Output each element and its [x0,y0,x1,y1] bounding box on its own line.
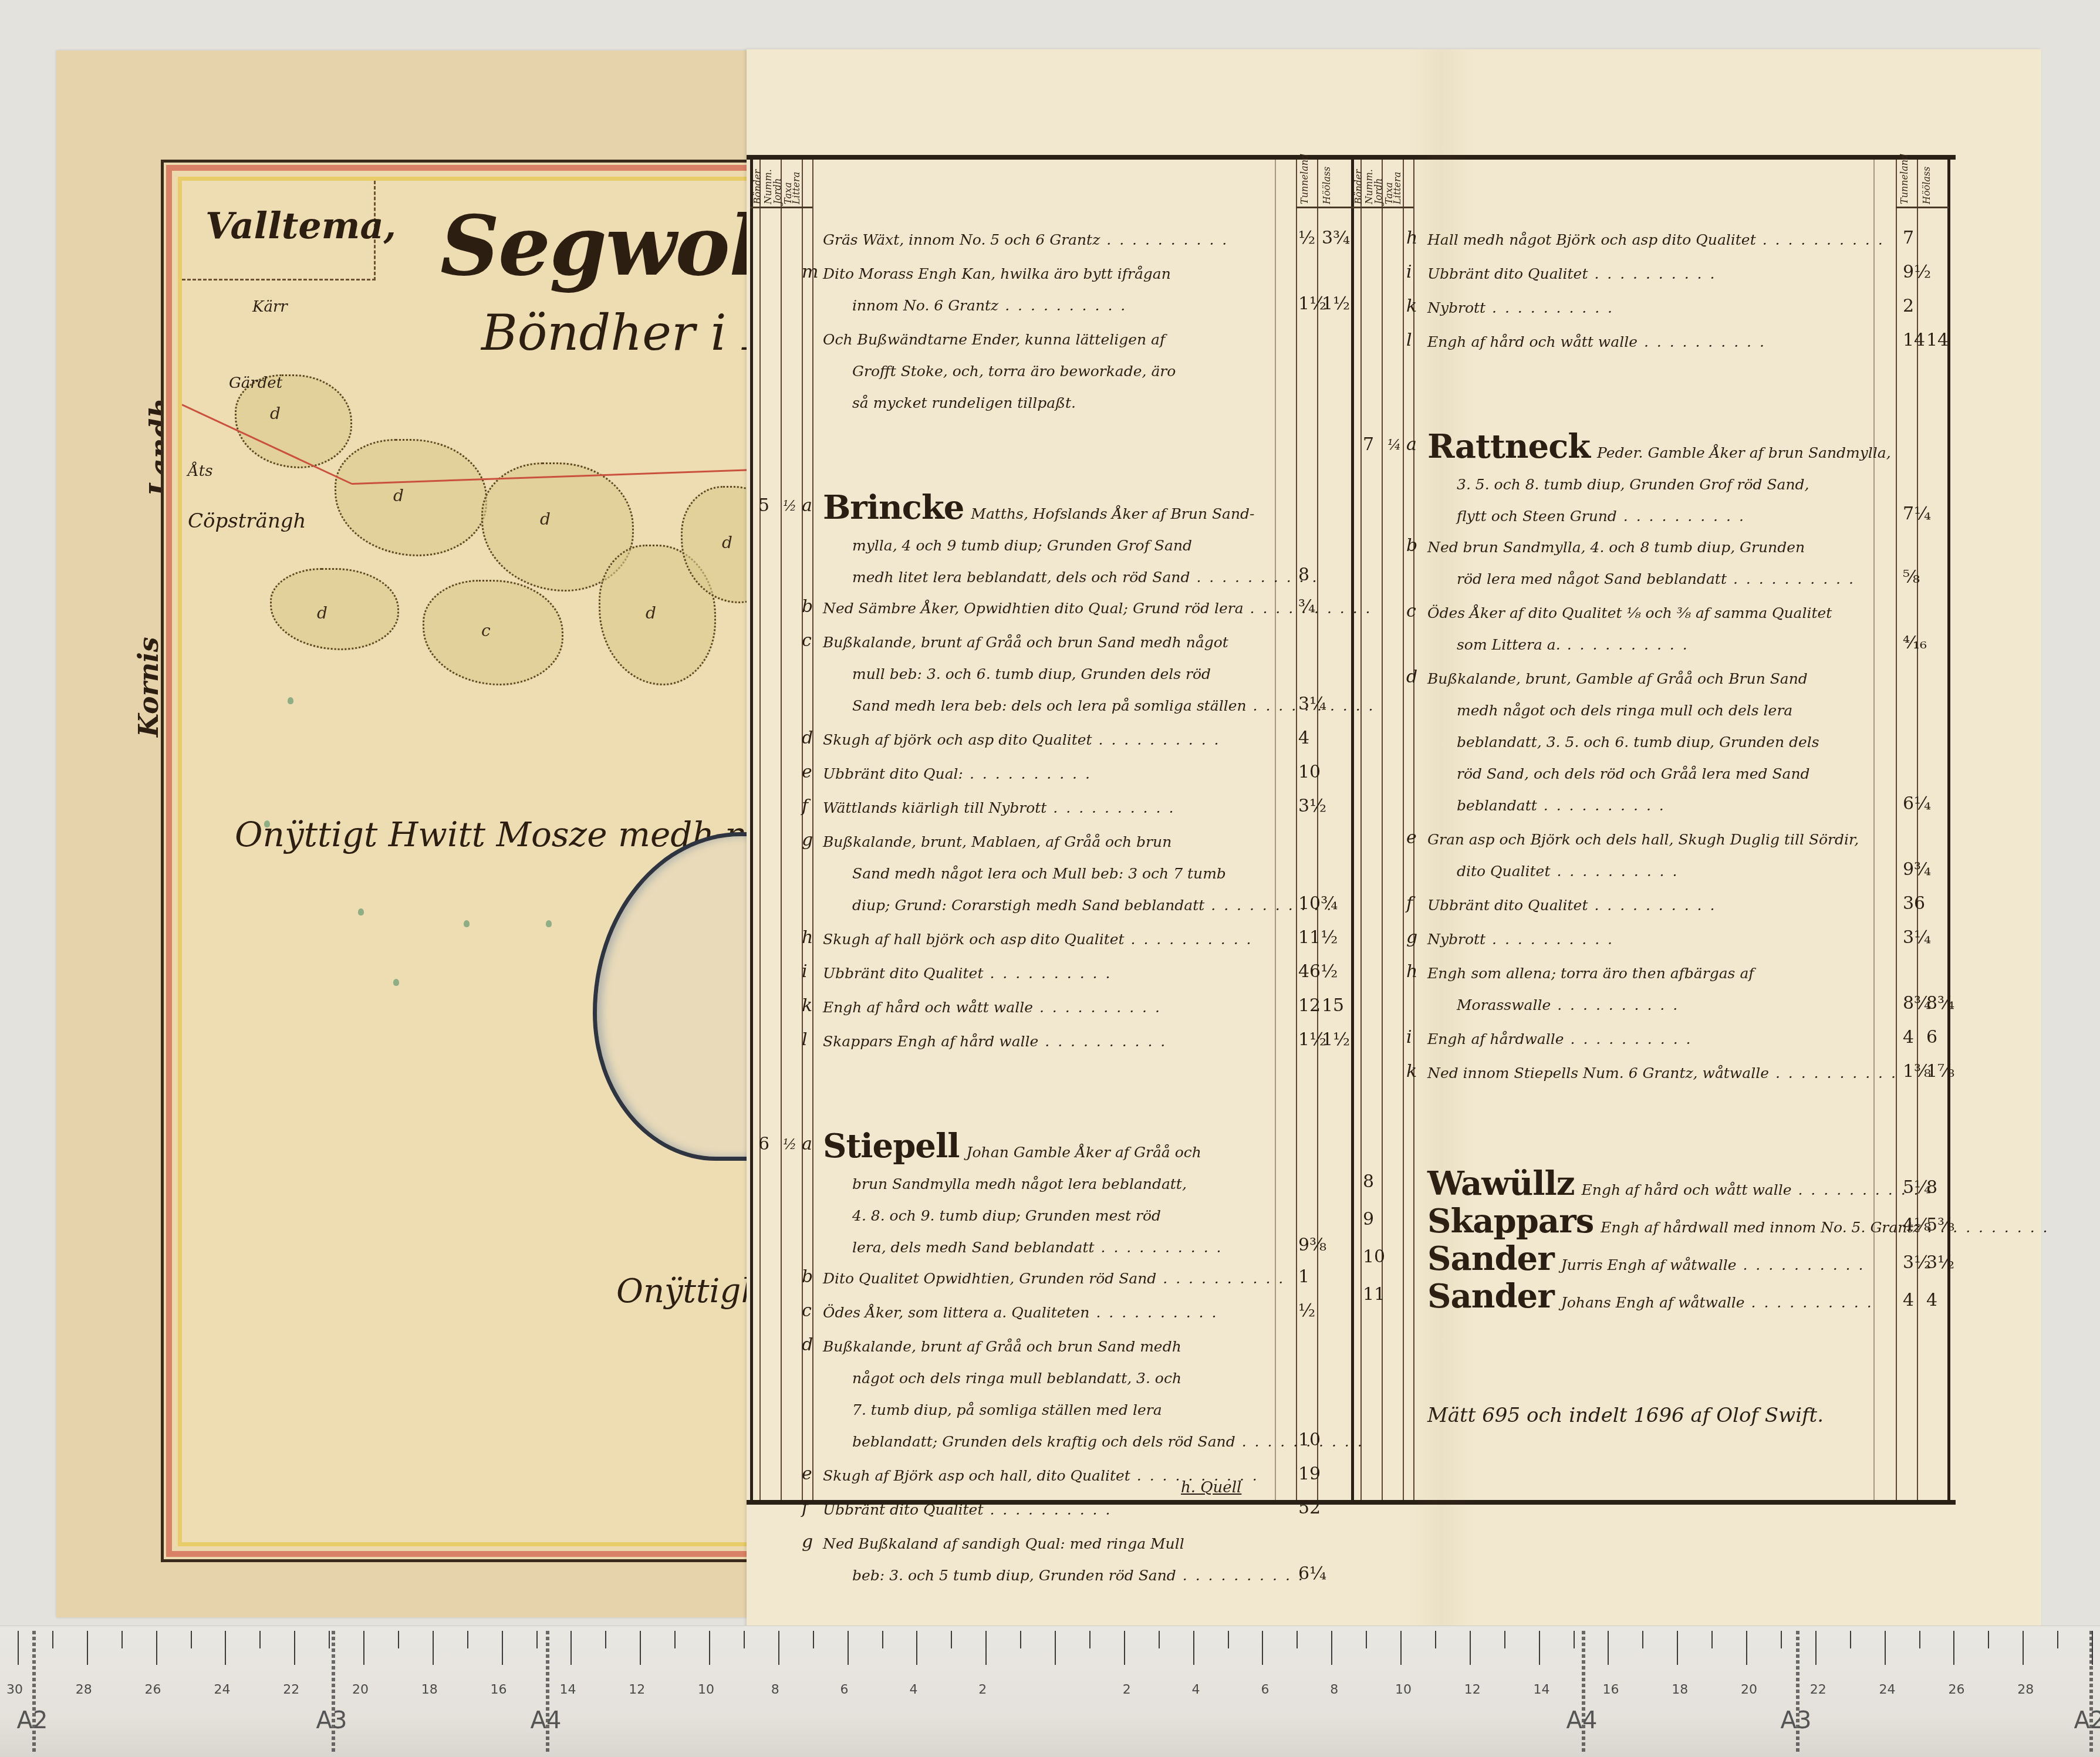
littera-letter: b [802,1266,813,1287]
tunneland-value: 52 [1298,1498,1321,1518]
description-line: StiepellJohan Gamble Åker af Gråå och [823,1130,1223,1168]
tunneland-value: 9¾ [1903,859,1931,880]
ledger-table: Bönder Numm. Jordh Taxa Littera Tunnelan… [747,155,1956,1505]
description-line: WawüllzEngh af hård och wått walle [1427,1168,1920,1206]
description-line: beb: 3. och 5 tumb diup, Grunden röd San… [823,1560,1305,1592]
description-line: Dito Qualitet Opwidhtien, Grunden röd Sa… [823,1263,1285,1295]
description-line: Bußkalande, brunt, Gamble af Gråå och Br… [1427,663,1819,695]
entry-description: Ubbränt dito Qualitet [823,958,1112,989]
ruler-label: 28 [2017,1682,2034,1697]
description-line: medh litet lera beblandatt, dels och röd… [823,562,1318,593]
ruler-label: 12 [629,1682,645,1697]
entry-description: Engh af hård och wått walle [823,992,1162,1023]
paper-size-label: A3 [1781,1707,1812,1734]
ruler-tick [259,1631,261,1648]
description-line: Gräs Wäxt, innom No. 5 och 6 Grantz [823,224,1228,256]
description-line: flytt och Steen Grund [1427,501,1891,532]
ruler-label: 4 [909,1682,917,1697]
ruler-tick [536,1631,538,1648]
ruler-label: 10 [1395,1682,1412,1697]
tunneland-value: 12 [1298,995,1321,1016]
col-header-jordh-taxa-2: Jordh Taxa [1373,163,1394,204]
description-line: Bußkalande, brunt af Gråå och brun Sand … [823,1331,1364,1363]
littera-letter: h [1406,961,1417,982]
ruler-tick [1435,1631,1436,1648]
littera-letter: k [1406,296,1417,316]
farm-number: 10 [1363,1246,1385,1267]
littera-letter: d [802,1334,813,1355]
col-header-bonder-num: Bönder Numm. [752,163,773,204]
ruler-tick [1262,1631,1263,1665]
ruler-label: 18 [421,1682,438,1697]
ruler-label: 22 [1810,1682,1826,1697]
ruler-tick [363,1631,364,1665]
description-line: Och Bußwändtarne Ender, kunna lätteligen… [823,324,1176,356]
littera-letter: c [1406,601,1416,621]
description-line: Nybrott [1427,924,1614,955]
entry-description: SkapparsEngh af hårdwall med innom No. 5… [1427,1205,2049,1244]
map-field-letter: d [270,404,281,423]
ruler-tick [18,1631,19,1665]
paper-size-label: A2 [17,1707,48,1734]
description-line: Skugh af hall björk och asp dito Qualite… [823,924,1252,955]
paper-size-marker [2089,1631,2093,1754]
map-side-label-kornis: Kornis [133,637,164,737]
ruler-label: 14 [1534,1682,1550,1697]
ruler-label: 20 [1741,1682,1757,1697]
ruler-tick [1297,1631,1298,1648]
ruler-tick [1124,1631,1125,1665]
ruler-tick [985,1631,987,1665]
ruler-tick [1366,1631,1367,1648]
tax-fraction: ¼ [1387,437,1401,453]
farm-name: Sander [1427,1239,1554,1278]
tunneland-value: 6¼ [1903,793,1931,814]
description-line: något och dels ringa mull beblandatt, 3.… [823,1363,1364,1394]
ruler-tick [1608,1631,1609,1665]
entry-description: Nybrott [1427,292,1614,324]
description-line: Grofft Stoke, och, torra äro beworkade, … [823,356,1176,387]
ruler-tick [1020,1631,1021,1648]
description-line: Ödes Åker, som littera a. Qualiteten [823,1297,1218,1329]
farm-number: 11 [1363,1284,1385,1305]
ruler-tick [156,1631,157,1665]
farm-name: Sander [1427,1277,1554,1316]
paper-size-marker [546,1631,549,1754]
ruler-tick [916,1631,917,1665]
description-line: RattneckPeder. Gamble Åker af brun Sandm… [1427,431,1891,469]
littera-letter: l [802,1029,808,1050]
littera-letter: e [1406,827,1417,848]
tunneland-value: 4 [1298,728,1309,748]
ruler-label: 20 [352,1682,369,1697]
description-line: Ubbränt dito Qualitet [1427,258,1716,290]
description-line: lera, dels medh Sand beblandatt [823,1232,1223,1263]
tax-fraction: ½ [783,498,796,514]
farm-number: 7 [1363,434,1374,455]
ruler-tick [1850,1631,1851,1648]
ruler-tick [433,1631,434,1665]
entry-description: Ubbränt dito Qualitet [1427,258,1716,290]
littera-letter: f [1406,893,1413,914]
entry-description: Bußkalande, brunt, Mablaen, af Gråå och … [823,826,1333,921]
tree-icon [288,697,293,704]
ruler-tick [1677,1631,1678,1665]
description-line: dito Qualitet [1427,856,1859,887]
description-line: så mycket rundeligen tillpaßt. [823,387,1176,419]
map-field-letter: d [317,603,328,623]
entry-description: SanderJohans Engh af wåtwalle [1427,1280,1873,1319]
tunneland-value: 7 [1903,228,1914,248]
littera-letter: b [1406,535,1417,556]
map-field-letter: d [393,486,404,505]
description-line: mull beb: 3. och 6. tumb diup, Grunden d… [823,658,1375,690]
ruler-tick [467,1631,468,1648]
hoolass-value: 8 [1926,1177,1937,1198]
ruler-tick [1159,1631,1160,1648]
tree-icon [264,820,270,827]
ledger-sheet: Bönder Numm. Jordh Taxa Littera Tunnelan… [747,49,2041,1634]
ledger-rule [1873,160,1875,1500]
ruler-tick [744,1631,745,1648]
tunneland-value: 4 [1903,1027,1914,1048]
entry-description: Nybrott [1427,924,1614,955]
description-line: Engh af hårdwalle [1427,1023,1693,1055]
map-field-cluster: d d d c d d d [200,275,786,721]
ruler-tick [1331,1631,1332,1665]
description-line: Dito Morass Engh Kan, hwilka äro bytt if… [823,258,1171,290]
map-field-letter: c [481,621,491,640]
ruler-tick [1885,1631,1886,1665]
map-field-label: Cöpsträngh [188,509,306,533]
description-line: BrinckeMatths, Hofslands Åker af Brun Sa… [823,492,1318,530]
tunneland-value: 4 [1903,1290,1914,1310]
col-header-littera-2: Littera [1392,163,1403,204]
littera-letter: e [802,1464,812,1484]
map-field-letter: d [646,603,656,623]
tunneland-value: 1 [1298,1266,1309,1287]
description-line: Ubbränt dito Qualitet [823,958,1112,989]
entry-description: Bußkalande, brunt, Gamble af Gråå och Br… [1427,663,1819,822]
ruler-tick [294,1631,295,1665]
littera-letter: g [802,830,813,850]
entry-description: BrinckeMatths, Hofslands Åker af Brun Sa… [823,492,1318,593]
entry-description: StiepellJohan Gamble Åker af Gråå ochbru… [823,1130,1223,1263]
description-line: beblandatt, 3. 5. och 6. tumb diup, Grun… [1427,727,1819,758]
hoolass-value: 1⅞ [1926,1061,1954,1082]
ruler-tick [1988,1631,1989,1648]
paper-size-marker [1582,1631,1585,1754]
tunneland-value: ⅝ [1903,567,1920,587]
ruler-label: 10 [698,1682,714,1697]
entry-description: Ned innom Stiepells Num. 6 Grantz, wåtwa… [1427,1057,1898,1089]
description-line: Skappars Engh af hård walle [823,1026,1167,1057]
littera-letter: i [802,961,808,982]
entry-description: Hall medh något Björk och asp dito Quali… [1427,224,1885,256]
ruler-tick [1642,1631,1643,1648]
ruler-label: 8 [1330,1682,1338,1697]
tunneland-value: 10¾ [1298,893,1338,914]
ruler-tick [1815,1631,1817,1665]
left-footer-mark: h. Quell [1181,1479,1241,1496]
ruler-tick [1711,1631,1713,1648]
description-line: Ubbränt dito Qual: [823,758,1092,790]
ruler-label: 26 [145,1682,161,1697]
ruler-label: 28 [76,1682,92,1697]
entry-description: Bußkalande, brunt af Gråå och brun Sand … [823,627,1375,722]
littera-letter: d [1406,667,1417,687]
ruler-tick [1919,1631,1920,1648]
tax-fraction: ½ [783,1136,796,1153]
entry-description: Dito Qualitet Opwidhtien, Grunden röd Sa… [823,1263,1285,1295]
hoolass-value: 1½ [1322,293,1350,314]
entry-description: SanderJurris Engh af wåtwalle [1427,1243,1865,1281]
ruler-label: 12 [1464,1682,1481,1697]
littera-letter: a [802,495,812,516]
littera-letter: a [802,1134,812,1154]
map-field-label: Åts [188,462,213,480]
ruler-tick [2057,1631,2058,1648]
farm-name: Skappars [1427,1202,1593,1241]
entry-description: Och Bußwändtarne Ender, kunna lätteligen… [823,324,1176,419]
description-line: Morasswalle [1427,989,1754,1021]
littera-letter: i [1406,262,1412,282]
ledger-header-rule [1896,207,1949,208]
ruler-tick [1193,1631,1194,1665]
ledger-rule [1947,160,1950,1500]
ruler-label: 18 [1672,1682,1688,1697]
ruler-tick [398,1631,399,1648]
littera-letter: c [802,1300,812,1321]
littera-letter: g [1406,927,1417,948]
tunneland-value: 9½ [1903,262,1931,282]
ruler-label: 2 [1123,1682,1131,1697]
littera-letter: e [802,762,812,782]
farm-name: Stiepell [823,1127,960,1165]
description-line: Gran asp och Björk och dels hall, Skugh … [1427,824,1859,856]
tree-icon [464,920,470,927]
ruler-tick [121,1631,123,1648]
paper-size-label: A4 [1566,1707,1598,1734]
ledger-rule [759,160,761,1500]
entry-description: Skugh af björk och asp dito Qualitet [823,724,1221,756]
ruler-tick [882,1631,883,1648]
littera-letter: k [1406,1061,1417,1082]
entry-description: Skugh af hall björk och asp dito Qualite… [823,924,1252,955]
hoolass-value: 6 [1926,1027,1937,1048]
map-field [270,568,399,650]
ruler-tick [951,1631,952,1648]
ruler-label: 2 [978,1682,987,1697]
map-corner-label: Valltema, [205,204,396,247]
description-line: Engh af hård och wått walle [1427,326,1766,358]
ruler-label: 16 [1602,1682,1619,1697]
ruler-tick [570,1631,572,1665]
tunneland-value: 11½ [1298,927,1338,948]
paper-size-marker [1796,1631,1799,1754]
ruler-label: 16 [491,1682,507,1697]
ruler-tick [225,1631,226,1665]
littera-letter: f [802,796,808,816]
hoolass-value: 3½ [1926,1252,1954,1273]
hoolass-value: 15 [1322,995,1344,1016]
ruler-tick [502,1631,503,1665]
ruler-label: 4 [1192,1682,1200,1697]
surveyor-signature: Mätt 695 och indelt 1696 af Olof Swift. [1427,1404,1824,1427]
ledger-rule [1403,160,1404,1500]
ruler-label: 30 [6,1682,23,1697]
littera-letter: a [1406,434,1417,455]
description-line: SanderJohans Engh af wåtwalle [1427,1280,1873,1319]
description-line: Ned Bußkaland af sandigh Qual: med ringa… [823,1528,1305,1560]
ruler-tick [2023,1631,2024,1665]
ruler-tick [87,1631,88,1665]
description-line: Ödes Åker af dito Qualitet ⅛ och ⅜ af sa… [1427,597,1832,629]
description-line: Engh som allena; torra äro then afbärgas… [1427,958,1754,989]
entry-description: Wättlands kiärligh till Nybrott [823,792,1175,824]
ruler-label: 14 [559,1682,576,1697]
entry-description: WawüllzEngh af hård och wått walle [1427,1168,1920,1206]
littera-letter: g [802,1532,813,1552]
description-line: 3. 5. och 8. tumb diup, Grunden Grof röd… [1427,469,1891,501]
entry-description: Gran asp och Björk och dels hall, Skugh … [1427,824,1859,887]
col-header-tunneland-2: Tunneland [1899,163,1910,204]
farm-name: Brincke [823,488,964,527]
ledger-rule [1413,160,1414,1500]
tunneland-value: 8 [1298,565,1309,585]
tree-icon [393,979,399,986]
farm-name: Wawüllz [1427,1164,1575,1203]
paper-size-marker [332,1631,335,1754]
entry-description: Engh af hård och wått walle [1427,326,1766,358]
entry-description: Engh af hårdwalle [1427,1023,1693,1055]
entry-description: Ödes Åker, som littera a. Qualiteten [823,1297,1218,1329]
tunneland-value: 19 [1298,1464,1321,1484]
entry-description: Dito Morass Engh Kan, hwilka äro bytt if… [823,258,1171,322]
entry-description: Ned Sämbre Åker, Opwidhtien dito Qual; G… [823,593,1372,624]
description-line: medh något och dels ringa mull och dels … [1427,695,1819,727]
entry-description: Ned brun Sandmylla, 4. och 8 tumb diup, … [1427,532,1855,595]
col-header-bonder-num-2: Bönder Numm. [1353,163,1374,204]
tunneland-value: ⁴⁄₁₆ [1903,633,1927,653]
ruler-label: 24 [214,1682,230,1697]
tunneland-value: 10 [1298,762,1321,782]
ruler-tick [1089,1631,1090,1648]
ledger-rule [1360,160,1362,1500]
measurement-ruler: 3028262422201816141210864224681012141618… [0,1626,2100,1757]
ruler-tick [848,1631,849,1665]
tunneland-value: 3¼ [1903,927,1931,948]
ruler-tick [1470,1631,1471,1665]
littera-letter: i [1406,1027,1412,1048]
ruler-tick [605,1631,606,1648]
ruler-tick [329,1631,330,1648]
ruler-tick [640,1631,641,1665]
ruler-tick [813,1631,814,1648]
description-line: röd Sand, och dels röd och Gråå lera med… [1427,758,1819,790]
ruler-tick [1574,1631,1575,1648]
entry-description: Skappars Engh af hård walle [823,1026,1167,1057]
tunneland-value: 14 [1903,330,1925,350]
littera-letter: f [802,1498,808,1518]
littera-letter: c [802,630,812,651]
description-line: som Littera a. [1427,629,1832,661]
ruler-tick [1746,1631,1747,1665]
paper-size-label: A2 [2074,1707,2100,1734]
tunneland-value: 3¼ [1298,694,1326,714]
farm-name: Rattneck [1427,427,1590,466]
tunneland-value: 3½ [1298,796,1326,816]
description-line: 4. 8. och 9. tumb diup; Grunden mest röd [823,1200,1223,1232]
entry-description: RattneckPeder. Gamble Åker af brun Sandm… [1427,431,1891,532]
littera-letter: l [1406,330,1412,350]
description-line: röd lera med något Sand beblandatt [1427,563,1855,595]
farm-number: 5 [758,495,769,516]
ruler-label: 8 [771,1682,779,1697]
ledger-header-rule [750,207,812,208]
littera-letter: h [1406,228,1417,248]
tunneland-value: 46½ [1298,961,1338,982]
ruler-tick [1400,1631,1402,1665]
tunneland-value: 36 [1903,893,1925,914]
ruler-tick [1539,1631,1540,1665]
entry-description: Ubbränt dito Qualitet [1427,890,1716,921]
ruler-tick [191,1631,192,1648]
tunneland-value: 2 [1903,296,1914,316]
description-line: Bußkalande, brunt, Mablaen, af Gråå och … [823,826,1333,858]
map-field-label: Kärr [252,298,288,316]
hoolass-value: 14 [1926,330,1949,350]
ruler-tick [1953,1631,1954,1665]
paper-size-label: A4 [531,1707,562,1734]
description-line: 7. tumb diup, på somliga ställen med ler… [823,1394,1364,1426]
ledger-rule [1896,160,1897,1500]
description-line: Bußkalande, brunt af Gråå och brun Sand … [823,627,1375,658]
col-header-hoolass: Höölass [1322,163,1332,204]
col-header-jordh-taxa: Jordh Taxa [772,163,793,204]
description-line: beblandatt [1427,790,1819,822]
description-line: mylla, 4 och 9 tumb diup; Grunden Grof S… [823,530,1318,562]
farm-number: 6 [758,1134,769,1154]
hoolass-value: 5⅜ [1926,1215,1954,1235]
ledger-header-rule [1296,207,1351,208]
map-field-letter: d [722,533,732,552]
description-line: Hall medh något Björk och asp dito Quali… [1427,224,1885,256]
paper-size-label: A3 [316,1707,347,1734]
ledger-rule [750,160,753,1500]
ruler-label: 6 [1261,1682,1269,1697]
ruler-label: 6 [840,1682,849,1697]
entry-description: Ödes Åker af dito Qualitet ⅛ och ⅜ af sa… [1427,597,1832,661]
entry-description: Ned Bußkaland af sandigh Qual: med ringa… [823,1528,1305,1592]
description-line: Skugh af björk och asp dito Qualitet [823,724,1221,756]
farm-number: 9 [1363,1209,1374,1229]
tunneland-value: 10 [1298,1430,1321,1450]
map-field-label: Gärdet [229,374,282,392]
description-line: Ned brun Sandmylla, 4. och 8 tumb diup, … [1427,532,1855,563]
hoolass-value: 3¾ [1322,228,1350,248]
tunneland-value: 9⅜ [1298,1235,1326,1255]
paper-size-marker [32,1631,36,1754]
tunneland-value: ¾ [1298,596,1315,617]
map-field-letter: d [540,509,551,529]
ruler-tick [674,1631,676,1648]
description-line: Ned innom Stiepells Num. 6 Grantz, wåtwa… [1427,1057,1898,1089]
map-field [423,580,563,685]
description-line: Sand medh lera beb: dels och lera på som… [823,690,1375,722]
hoolass-value: 4 [1926,1290,1937,1310]
description-line: Ubbränt dito Qualitet [823,1494,1112,1526]
